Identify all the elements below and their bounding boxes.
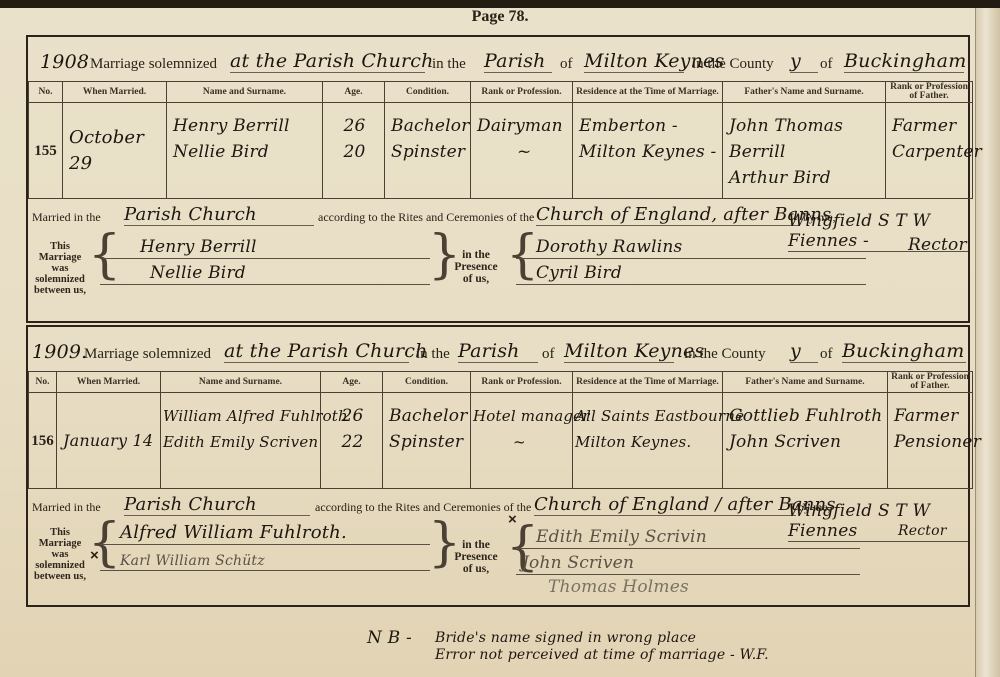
- officiant-title: Rector: [908, 235, 967, 255]
- father-ranks-cell: Farmer Pensioner: [888, 393, 973, 489]
- when-married: October 29: [63, 103, 167, 199]
- groom-signature: Alfred William Fuhlroth.: [120, 522, 347, 543]
- fathers-cell: John Thomas Berrill Arthur Bird: [723, 103, 886, 199]
- married-in-place: Parish Church: [124, 204, 314, 226]
- county-suffix: y: [790, 50, 818, 73]
- printed-in-the: in the: [432, 56, 466, 73]
- groom-father: Gottlieb Fuhlroth: [729, 403, 883, 429]
- label-line: between us,: [28, 571, 92, 582]
- fathers-cell: Gottlieb Fuhlroth John Scriven: [723, 393, 888, 489]
- district-name: Milton Keynes: [564, 340, 674, 363]
- col-name: Name and Surname.: [167, 82, 323, 103]
- bride-name: Edith Emily Scriven: [163, 429, 316, 455]
- conditions-cell: Bachelor Spinster: [383, 393, 471, 489]
- register-table: No. When Married. Name and Surname. Age.…: [28, 81, 973, 199]
- groom-father-rank: Farmer: [894, 403, 968, 429]
- witness-2: Cyril Bird: [536, 263, 622, 283]
- bride-residence: Milton Keynes -: [579, 139, 718, 165]
- page-number: Page 78.: [0, 8, 1000, 26]
- col-no: No.: [29, 82, 63, 103]
- officiant-title: Rector: [898, 523, 947, 539]
- printed-marriage-solemnized: Marriage solemnized: [84, 346, 211, 363]
- col-rank: Rank or Profession.: [471, 372, 573, 393]
- label-line: between us,: [28, 285, 92, 296]
- witness-1: Dorothy Rawlins: [536, 237, 682, 257]
- district-type: Parish: [458, 340, 538, 363]
- column-headers: No. When Married. Name and Surname. Age.…: [29, 82, 973, 103]
- names-cell: William Alfred Fuhlroth Edith Emily Scri…: [161, 393, 321, 489]
- col-residence: Residence at the Time of Marriage.: [573, 372, 723, 393]
- register-table: No. When Married. Name and Surname. Age.…: [28, 371, 973, 489]
- printed-of: of: [560, 56, 573, 73]
- printed-marriage-solemnized: Marriage solemnized: [90, 56, 217, 73]
- bride-condition: Spinster: [389, 429, 466, 455]
- col-father: Father's Name and Surname.: [723, 82, 886, 103]
- when-married: January 14: [57, 393, 161, 489]
- table-row: 156 January 14 William Alfred Fuhlroth E…: [29, 393, 973, 489]
- label-line: of us,: [448, 273, 504, 285]
- groom-residence: Emberton -: [579, 113, 718, 139]
- entry-number: 155: [29, 103, 63, 199]
- bride-name: Nellie Bird: [173, 139, 318, 165]
- rites: Church of England, after Banns: [536, 204, 800, 226]
- bride-residence: Milton Keynes.: [575, 429, 718, 455]
- entry-heading: 1909. Marriage solemnized at the Parish …: [28, 327, 968, 371]
- witness-2: John Scriven: [522, 553, 634, 573]
- entry-heading: 1908 Marriage solemnized at the Parish C…: [28, 37, 968, 81]
- place-of-marriage: at the Parish Church: [224, 340, 409, 363]
- note-line-1: Bride's name signed in wrong place: [375, 630, 769, 647]
- table-row: 155 October 29 Henry Berrill Nellie Bird…: [29, 103, 973, 199]
- label-line: solemnized: [28, 560, 92, 571]
- label-in-presence: in the Presence of us,: [448, 539, 504, 575]
- county-name: Buckingham: [842, 340, 966, 363]
- bride-rank: ~: [473, 429, 568, 455]
- district-name: Milton Keynes: [584, 50, 684, 73]
- witness-line-2: Cyril Bird: [516, 263, 866, 285]
- col-father-rank: Rank or Profession of Father.: [886, 82, 973, 103]
- signatures-block: Wingfield S T W Fiennes - Rector This Ma…: [28, 229, 968, 319]
- label-line: Presence: [448, 261, 504, 273]
- bride-father-rank: Pensioner: [894, 429, 968, 455]
- residences-cell: All Saints Eastbourne Milton Keynes.: [573, 393, 723, 489]
- witness-3: Thomas Holmes: [548, 577, 689, 597]
- label-line: of us,: [448, 563, 504, 575]
- label-line: This Marriage: [28, 241, 92, 263]
- book-shadow: [0, 0, 1000, 8]
- bride-age: 20: [329, 139, 380, 165]
- bride-rank: ~: [477, 139, 568, 165]
- rites: Church of England / after Banns: [534, 494, 796, 516]
- printed-in-the-county: in the County: [684, 346, 766, 363]
- cross-mark: ×: [90, 547, 99, 564]
- ranks-cell: Hotel manager ~: [471, 393, 573, 489]
- groom-father: John Thomas Berrill: [729, 113, 881, 165]
- witness-line-1: Dorothy Rawlins: [516, 237, 866, 259]
- printed-of: of: [542, 346, 555, 363]
- label-line: in the: [448, 539, 504, 551]
- marriage-entry-155: 1908 Marriage solemnized at the Parish C…: [26, 35, 970, 323]
- groom-name: William Alfred Fuhlroth: [163, 403, 316, 429]
- printed-of-county: of: [820, 56, 833, 73]
- marriage-entry-156: 1909. Marriage solemnized at the Parish …: [26, 325, 970, 607]
- col-father-rank: Rank or Profession of Father.: [888, 372, 973, 393]
- groom-rank: Hotel manager: [473, 403, 568, 429]
- county-suffix: y: [790, 340, 818, 363]
- entry-year: 1909.: [32, 341, 87, 363]
- col-name: Name and Surname.: [161, 372, 321, 393]
- misplaced-signature: Karl William Schütz: [120, 553, 265, 569]
- printed-of-county: of: [820, 346, 833, 363]
- groom-signature: Henry Berrill: [140, 237, 257, 257]
- witness-line-1: Edith Emily Scrivin: [516, 527, 860, 549]
- entry-year: 1908: [40, 51, 89, 73]
- married-in-place: Parish Church: [124, 494, 310, 516]
- label-line: was: [28, 263, 92, 274]
- names-cell: Henry Berrill Nellie Bird: [167, 103, 323, 199]
- bride-father-rank: Carpenter: [892, 139, 968, 165]
- note-line-2: Error not perceived at time of marriage …: [375, 647, 769, 664]
- entry-number: 156: [29, 393, 57, 489]
- groom-signature-line: Henry Berrill: [100, 237, 430, 259]
- conditions-cell: Bachelor Spinster: [385, 103, 471, 199]
- facing-page-edge: [975, 8, 1000, 677]
- col-condition: Condition.: [383, 372, 471, 393]
- col-condition: Condition.: [385, 82, 471, 103]
- label-line: was: [28, 549, 92, 560]
- col-no: No.: [29, 372, 57, 393]
- printed-married-in: Married in the: [32, 210, 101, 225]
- residences-cell: Emberton - Milton Keynes -: [573, 103, 723, 199]
- place-of-marriage: at the Parish Church: [230, 50, 425, 73]
- groom-rank: Dairyman: [477, 113, 568, 139]
- bride-age: 22: [327, 429, 378, 455]
- bride-signature: Nellie Bird: [150, 263, 246, 283]
- label-line: This Marriage: [28, 527, 92, 549]
- note-prefix: N B -: [367, 630, 412, 647]
- col-age: Age.: [321, 372, 383, 393]
- county-name: Buckingham: [844, 50, 964, 73]
- groom-condition: Bachelor: [391, 113, 466, 139]
- signatures-block: Wingfield S T W Fiennes Rector This Marr…: [28, 519, 968, 609]
- bride-father: Arthur Bird: [729, 165, 881, 191]
- label-in-presence: in the Presence of us,: [448, 249, 504, 285]
- witness-line-2: John Scriven: [516, 553, 860, 575]
- col-when-married: When Married.: [63, 82, 167, 103]
- groom-residence: All Saints Eastbourne: [575, 403, 718, 429]
- label-this-marriage: This Marriage was solemnized between us,: [28, 241, 92, 296]
- bride-father: John Scriven: [729, 429, 883, 455]
- col-rank: Rank or Profession.: [471, 82, 573, 103]
- groom-condition: Bachelor: [389, 403, 466, 429]
- district-type: Parish: [484, 50, 552, 73]
- label-line: solemnized: [28, 274, 92, 285]
- printed-in-the-county: in the County: [692, 56, 774, 73]
- label-line: in the: [448, 249, 504, 261]
- printed-according-to: according to the Rites and Ceremonies of…: [315, 500, 531, 515]
- label-this-marriage: This Marriage was solemnized between us,: [28, 527, 92, 582]
- col-age: Age.: [323, 82, 385, 103]
- col-father: Father's Name and Surname.: [723, 372, 888, 393]
- witness-1: Edith Emily Scrivin: [536, 527, 707, 547]
- col-when-married: When Married.: [57, 372, 161, 393]
- col-residence: Residence at the Time of Marriage.: [573, 82, 723, 103]
- ages-cell: 26 20: [323, 103, 385, 199]
- column-headers: No. When Married. Name and Surname. Age.…: [29, 372, 973, 393]
- ranks-cell: Dairyman ~: [471, 103, 573, 199]
- label-line: Presence: [448, 551, 504, 563]
- bride-condition: Spinster: [391, 139, 466, 165]
- bride-signature-line: Nellie Bird: [100, 263, 430, 285]
- printed-according-to: according to the Rites and Ceremonies of…: [318, 210, 534, 225]
- printed-in-the: in the: [416, 346, 450, 363]
- father-ranks-cell: Farmer Carpenter: [886, 103, 973, 199]
- groom-signature-line: Alfred William Fuhlroth.: [100, 523, 430, 545]
- groom-age: 26: [329, 113, 380, 139]
- bride-signature-line: Karl William Schütz: [100, 549, 430, 571]
- marginal-note: N B - Bride's name signed in wrong place…: [375, 630, 769, 664]
- groom-father-rank: Farmer: [892, 113, 968, 139]
- groom-name: Henry Berrill: [173, 113, 318, 139]
